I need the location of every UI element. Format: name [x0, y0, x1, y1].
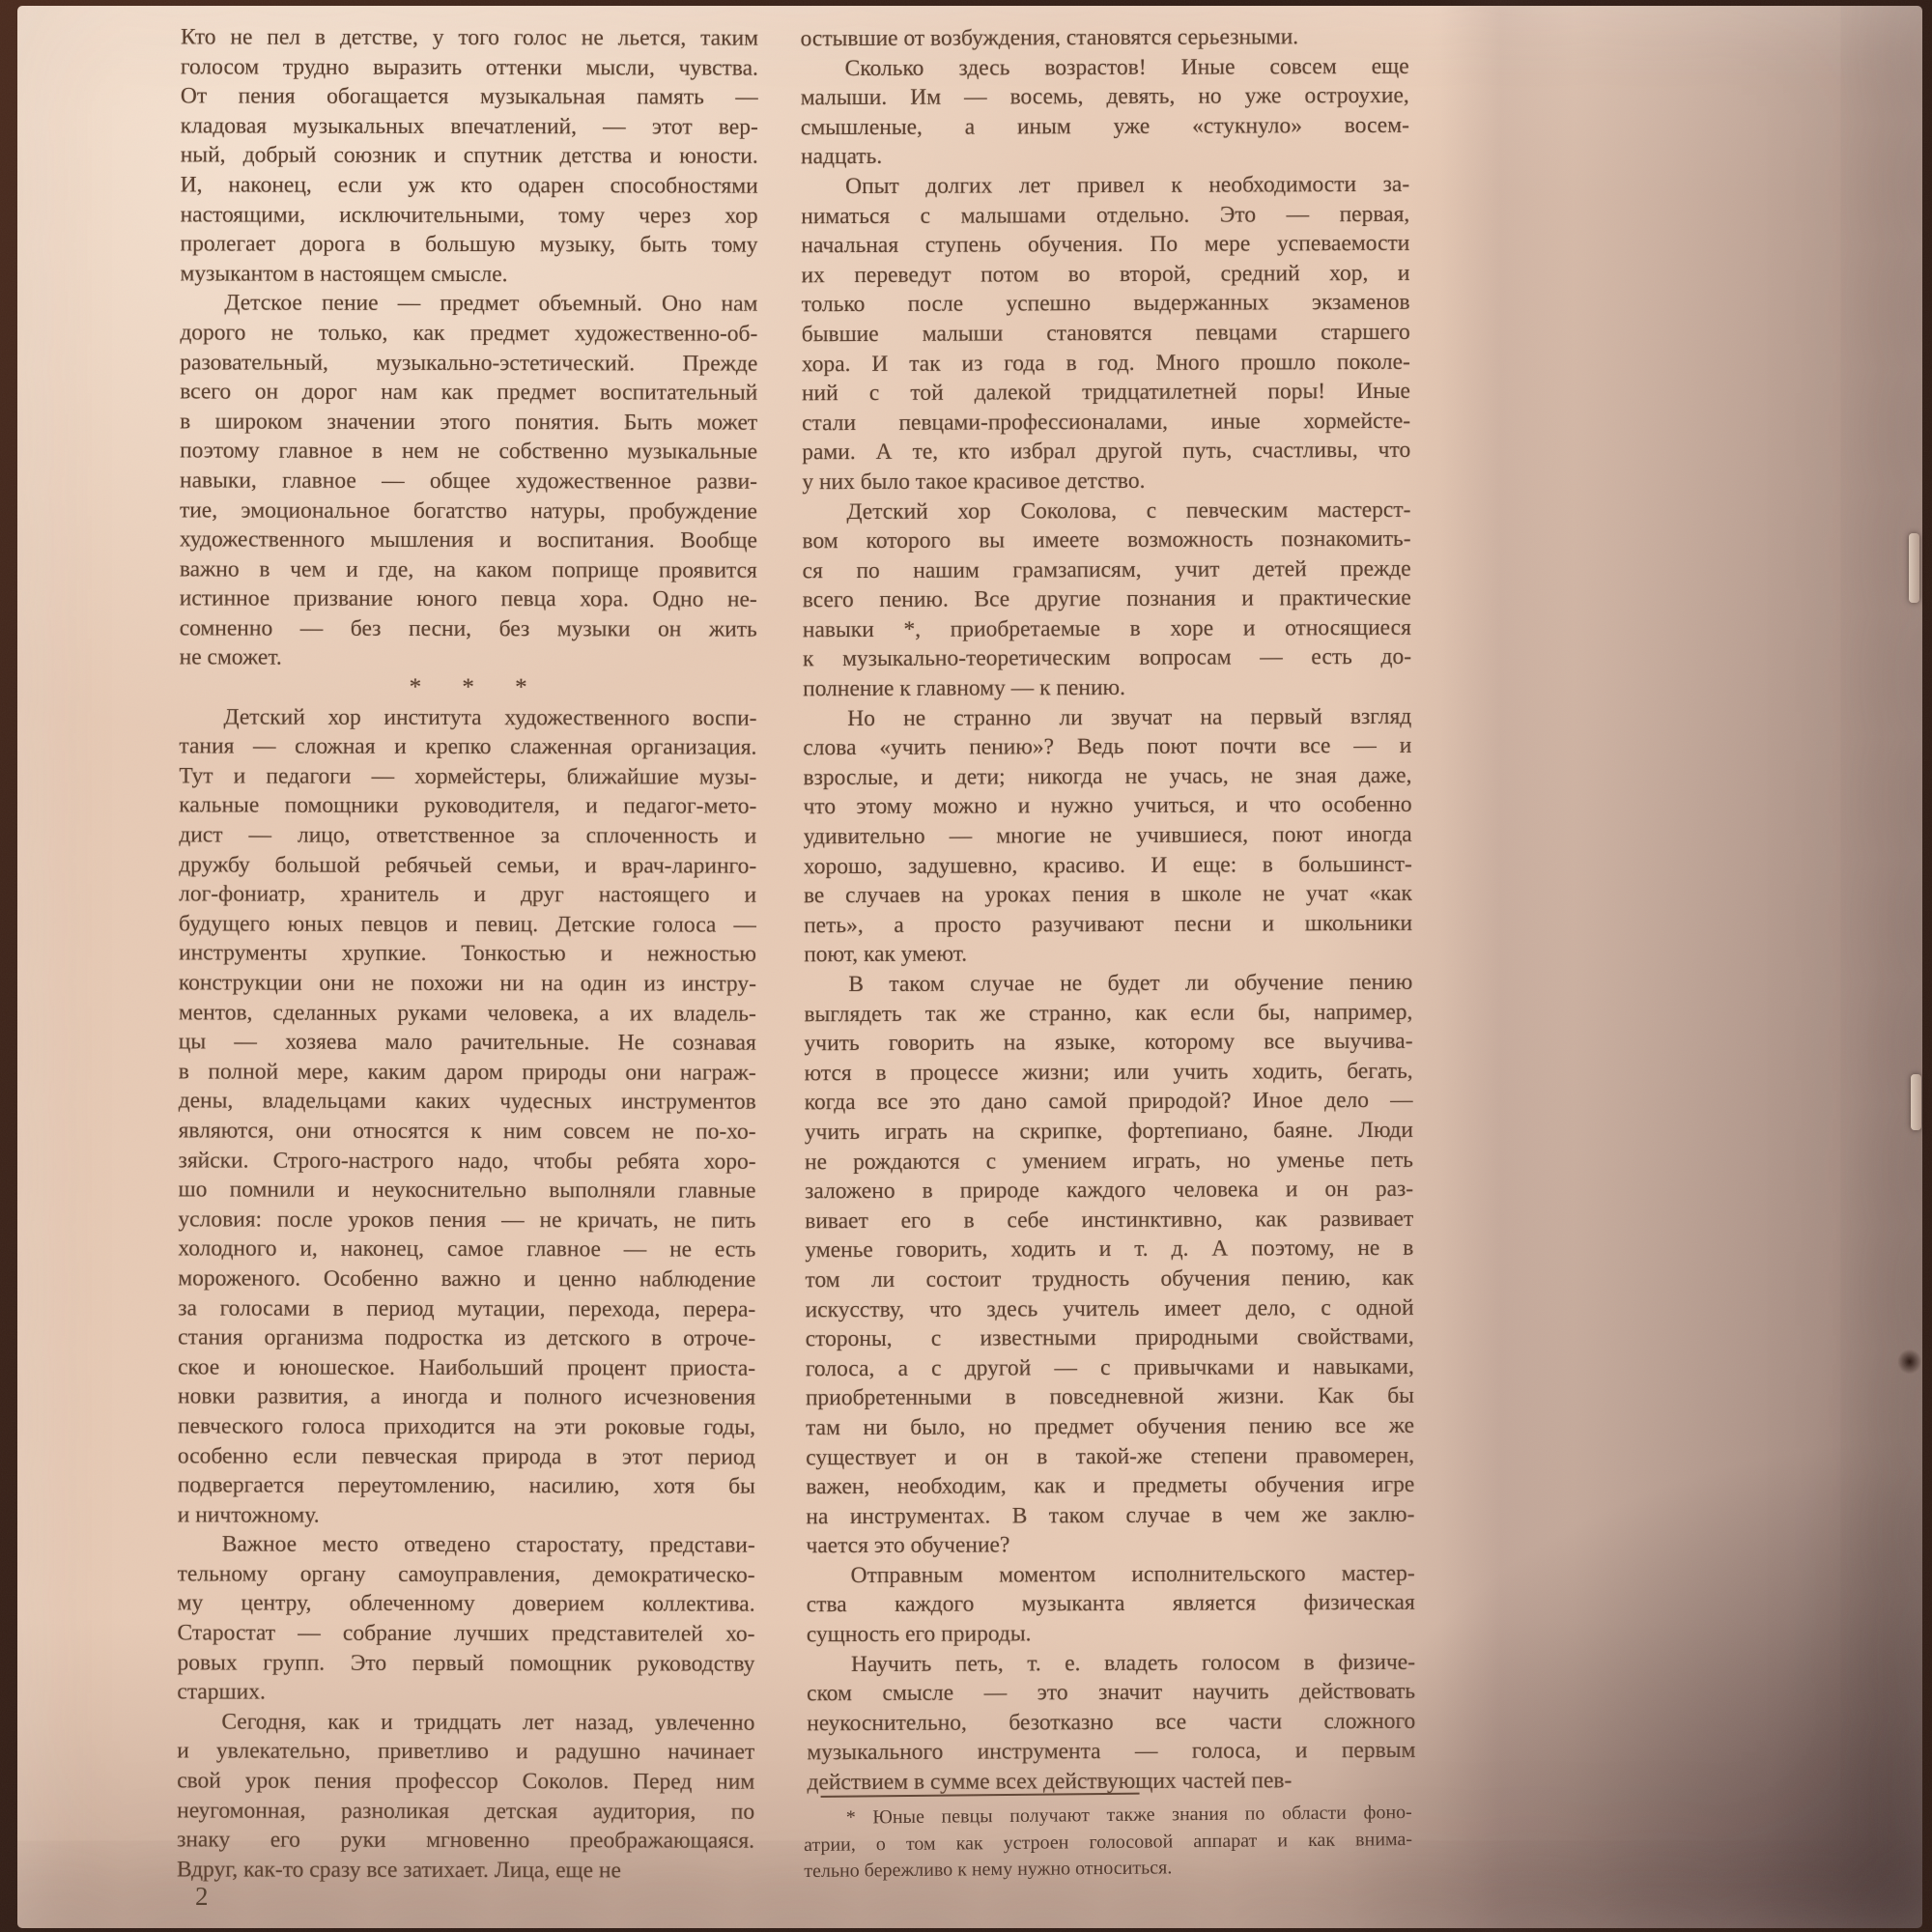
staple-mark [1911, 1074, 1921, 1130]
text-line: и увлекательно, приветливо и радушно нач… [177, 1737, 754, 1768]
text-line: шо помнили и неукоснительно выполняли гл… [178, 1176, 755, 1207]
paragraph: Опыт долгих лет привел к необходимости з… [801, 170, 1410, 497]
photo-background: Кто не пел в детстве, у того голос не ль… [0, 0, 1932, 1932]
text-line: выглядеть так же странно, как если бы, н… [804, 997, 1412, 1029]
text-line: И, наконец, если уж кто одарен способнос… [181, 170, 758, 201]
text-line: истинное призвание юного певца хора. Одн… [180, 584, 757, 615]
text-line: важно в чем и где, на каком поприще проя… [180, 554, 757, 585]
text-line: Детское пение — предмет объемный. Оно на… [180, 289, 757, 320]
staple-mark [1909, 533, 1919, 603]
text-line: кладовая музыкальных впечатлений, — этот… [181, 111, 758, 142]
text-line: важен, необходим, как и предметы обучени… [806, 1470, 1414, 1502]
text-line: цы — хозяева мало рачительные. Не сознав… [179, 1028, 756, 1059]
text-line: что этому можно и нужно учиться, и что о… [804, 790, 1412, 822]
text-line: Тут и педагоги — хормейстеры, ближайшие … [179, 761, 756, 792]
text-line: ний с той далекой тридцатилетней поры! И… [802, 377, 1410, 409]
text-line: ся по нашим грамзаписям, учит детей преж… [803, 554, 1411, 585]
text-line: искусству, что здесь учитель имеет дело,… [806, 1293, 1414, 1324]
text-line: и ничтожному. [178, 1500, 755, 1531]
paragraph: Важное место отведено старостату, предст… [177, 1530, 754, 1709]
text-line: сущность его природы. [807, 1618, 1415, 1650]
text-line: петь», а просто разучивают песни и школь… [804, 909, 1412, 941]
text-line: подвергается переутомлению, насилию, хот… [178, 1470, 755, 1501]
text-line: стали певцами-профессионалами, иные хорм… [802, 407, 1410, 439]
text-line: Опыт долгих лет привел к необходимости з… [801, 170, 1409, 202]
text-line: неукоснительно, безотказно все части сло… [807, 1707, 1415, 1739]
text-line: В таком случае не будет ли обучение пени… [804, 968, 1412, 1000]
paragraph: В таком случае не будет ли обучение пени… [804, 968, 1414, 1561]
paragraph: Детский хор института художественного во… [178, 702, 757, 1531]
text-line: являются, они относятся к ним совсем не … [179, 1116, 756, 1147]
text-line: существует и он в такой-же степени право… [806, 1440, 1414, 1472]
text-line: ровых групп. Это первый помощник руковод… [177, 1648, 754, 1679]
text-line: чается это обучение? [806, 1529, 1414, 1561]
text-line: не рождаются с умением играть, но уменье… [805, 1145, 1413, 1177]
paragraph: Сколько здесь возрастов! Иные совсем еще… [801, 51, 1409, 172]
text-line: мороженого. Особенно важно и ценно наблю… [178, 1264, 755, 1294]
text-line: уменье говорить, ходить и т. д. А поэтом… [805, 1234, 1413, 1265]
text-line: ском смысле — это значит научить действо… [807, 1677, 1415, 1709]
paragraph: Научить петь, т. е. владеть голосом в фи… [807, 1647, 1416, 1797]
text-line: знаку его руки мгновенно преображающаяся… [177, 1826, 754, 1857]
text-line: музыкантом в настоящем смысле. [180, 259, 757, 290]
text-line: поэтому главное в нем не собственно музы… [180, 437, 757, 468]
paragraph: Детский хор Соколова, с певческим мастер… [802, 495, 1411, 704]
text-line: за голосами в период мутации, перехода, … [178, 1293, 755, 1324]
text-line: в полной мере, каким даром природы они н… [179, 1057, 756, 1088]
right-column: остывшие от возбуждения, становятся серь… [800, 22, 1415, 1798]
text-line: стороны, с известными природными свойств… [806, 1322, 1414, 1354]
text-line: дист — лицо, ответственное за сплоченнос… [179, 820, 756, 851]
text-line: зяйски. Строго-настрого надо, чтобы ребя… [179, 1146, 756, 1177]
text-line: на инструментах. В таком случае в чем же… [806, 1499, 1414, 1531]
text-line: Кто не пел в детстве, у того голос не ль… [181, 22, 758, 53]
text-line: особенно если певческая природа в этот п… [178, 1441, 755, 1472]
text-line: Детский хор института художественного во… [179, 702, 756, 733]
text-line: взрослые, и дети; никогда не учась, не з… [803, 761, 1411, 793]
text-line: музыкального инструмента — голоса, и пер… [807, 1736, 1415, 1768]
page-edge-notch [1880, 1349, 1922, 1381]
text-line: рами. А те, кто избрал другой путь, счас… [802, 436, 1410, 468]
text-line: Но не странно ли звучат на первый взгляд [803, 701, 1411, 733]
paragraph: Детское пение — предмет объемный. Оно на… [180, 289, 758, 674]
text-line: условия: после уроков пения — не кричать… [178, 1205, 755, 1236]
text-line: холодного и, наконец, самое главное — не… [178, 1235, 755, 1265]
text-line: му центру, облеченному доверием коллекти… [178, 1589, 755, 1620]
text-line: Отправным моментом исполнительского маст… [807, 1559, 1415, 1591]
text-line: ниматься с малышами отдельно. Это — перв… [801, 199, 1409, 231]
text-line: голосом трудно выразить оттенки мысли, ч… [181, 52, 758, 83]
text-line: настоящими, исключительными, тому через … [181, 200, 758, 231]
text-line: кальные помощники руководителя, и педаго… [179, 791, 756, 822]
text-line: ный, добрый союзник и спутник детства и … [181, 141, 758, 172]
text-line: От пения обогащается музыкальная память … [181, 82, 758, 113]
text-line: когда все это дано самой природой? Иное … [805, 1086, 1413, 1118]
text-line: поют, как умеют. [804, 938, 1412, 970]
text-line: старших. [177, 1678, 754, 1709]
text-line: не сможет. [180, 643, 757, 674]
text-line: всего он дорог нам как предмет воспитате… [180, 378, 757, 409]
text-line: пролегает дорога в большую музыку, быть … [181, 230, 758, 261]
text-line: неугомонная, разноликая детская аудитори… [177, 1796, 754, 1827]
text-line: у них было такое красивое детство. [802, 466, 1410, 497]
text-line: полнение к главному — к пению. [803, 672, 1411, 704]
text-line: Сколько здесь возрастов! Иные совсем еще [801, 51, 1409, 83]
text-line: бывшие малыши становятся певцами старшег… [802, 318, 1410, 350]
text-line: навыки *, приобретаемые в хоре и относящ… [803, 613, 1411, 645]
text-line: певческого голоса приходится на эти роко… [178, 1411, 755, 1442]
page-curl-shadow [1439, 0, 1575, 1932]
text-line: учить играть на скрипке, фортепиано, бая… [805, 1116, 1413, 1148]
text-line: хора. И так из года в год. Много прошло … [802, 347, 1410, 379]
text-line: инструменты хрупкие. Тонкостью и нежност… [179, 939, 756, 970]
text-line: разовательный, музыкально-эстетический. … [180, 348, 757, 379]
text-line: ве случаев на уроках пения в школе не уч… [804, 879, 1412, 911]
text-line: надцать. [801, 140, 1409, 172]
paragraph: Сегодня, как и тридцать лет назад, увлеч… [177, 1707, 754, 1886]
paragraph: Отправным моментом исполнительского маст… [807, 1559, 1415, 1650]
text-line: Старостат — собрание лучших представител… [177, 1618, 754, 1649]
text-line: ются в процессе жизни; или учить ходить,… [805, 1057, 1413, 1089]
section-separator: * * * [180, 672, 757, 703]
text-line: тие, эмоциональное богатство натуры, про… [180, 496, 757, 526]
text-line: вом которого вы имеете возможность позна… [802, 525, 1410, 556]
text-line: учить говорить на языке, которому все вы… [804, 1027, 1412, 1059]
text-line: Детский хор Соколова, с певческим мастер… [802, 495, 1410, 526]
text-line: конструкции они не похожи ни на один из … [179, 968, 756, 999]
text-line: ментов, сделанных руками человека, а их … [179, 998, 756, 1029]
text-line: хорошо, задушевно, красиво. И еще: в бол… [804, 849, 1412, 881]
text-line: тания — сложная и крепко слаженная орган… [179, 732, 756, 763]
text-line: в широком значении этого понятия. Быть м… [180, 407, 757, 438]
text-line: слова «учить пению»? Ведь поют почти все… [803, 731, 1411, 763]
paragraph: остывшие от возбуждения, становятся серь… [800, 22, 1408, 54]
text-line: начальная ступень обучения. По мере успе… [801, 229, 1409, 261]
text-line: лог-фониатр, хранитель и друг настоящего… [179, 880, 756, 911]
text-line: Сегодня, как и тридцать лет назад, увлеч… [177, 1707, 754, 1738]
text-line: ства каждого музыканта является физическ… [807, 1588, 1415, 1620]
text-line: всего пению. Все другие познания и практ… [803, 583, 1411, 615]
text-line: малыши. Им — восемь, девять, но уже остр… [801, 81, 1409, 113]
text-line: будущего юных певцов и певиц. Детские го… [179, 909, 756, 940]
left-column: Кто не пел в детстве, у того голос не ль… [177, 22, 758, 1886]
text-line: навыки, главное — общее художественное р… [180, 466, 757, 497]
paragraph: Но не странно ли звучат на первый взгляд… [803, 701, 1412, 970]
text-line: их переведут потом во второй, средний хо… [801, 259, 1409, 291]
text-line: только после успешно выдержанных экзамен… [802, 288, 1410, 320]
text-line: свой урок пения профессор Соколов. Перед… [177, 1766, 754, 1797]
page-number: 2 [195, 1882, 209, 1912]
text-line: том ли состоит трудность обучения пению,… [805, 1264, 1413, 1295]
text-line: приобретенными в повседневной жизни. Как… [806, 1381, 1414, 1413]
text-line: дорого не только, как предмет художестве… [180, 318, 757, 349]
text-line: ское и юношеское. Наибольший процент при… [178, 1352, 755, 1383]
paragraph: Кто не пел в детстве, у того голос не ль… [180, 22, 758, 290]
text-line: дены, владельцами каких чудесных инструм… [179, 1087, 756, 1118]
text-line: голоса, а с другой — с привычками и навы… [806, 1352, 1414, 1384]
text-line: удивительно — многие не учившиеся, поют … [804, 820, 1412, 852]
text-line: тельному органу самоуправления, демократ… [178, 1559, 755, 1590]
text-line: сомненно — без песни, без музыки он жить [180, 613, 757, 644]
text-line: дружбу большой ребячьей семьи, и врач-ла… [179, 850, 756, 881]
text-line: к музыкально-теоретическим вопросам — ес… [803, 642, 1411, 674]
text-line: вивает его в себе инстинктивно, как разв… [805, 1205, 1413, 1236]
text-line: заложено в природе каждого человека и он… [805, 1175, 1413, 1207]
text-line: стания организма подростка из детского в… [178, 1322, 755, 1353]
text-line: там ни было, но предмет обучения пению в… [806, 1411, 1414, 1443]
text-line: Вдруг, как-то сразу все затихает. Лица, … [177, 1855, 754, 1886]
text-line: смышленые, а иным уже «стукнуло» восем- [801, 111, 1409, 143]
text-line: Научить петь, т. е. владеть голосом в фи… [807, 1647, 1415, 1679]
text-line: Важное место отведено старостату, предст… [178, 1530, 755, 1561]
text-line: остывшие от возбуждения, становятся серь… [800, 22, 1408, 54]
text-line: художественного мышления и воспитания. В… [180, 525, 757, 555]
footnote: * Юные певцы получают также знания по об… [804, 1790, 1413, 1886]
text-line: новки развития, а иногда и полного исчез… [178, 1382, 755, 1413]
